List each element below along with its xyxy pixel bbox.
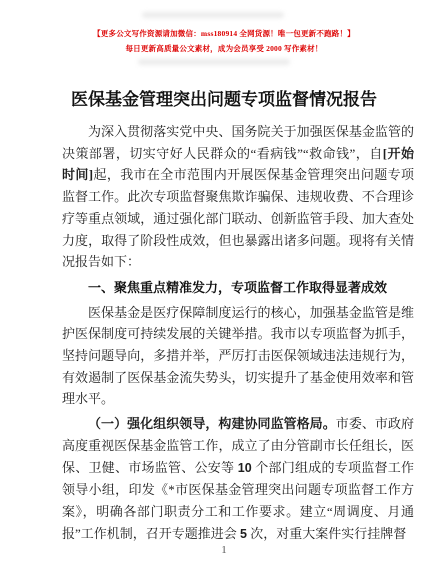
text-run: 医保基金是医疗保障制度运行的核心，加强基金监管是维护医保制度可持续发展的关键举措… — [62, 305, 414, 407]
document-page: 【更多公文写作资源请加微信：mss180914 全网货源！唯一包更新不跑路！】 … — [0, 0, 448, 580]
section-heading: 一、聚焦重点精准发力，专项监督工作取得显著成效 — [62, 277, 414, 299]
promo-line-2: 每日更新高质量公文素材，成为会员享受 2000 写作素材！ — [0, 41, 448, 56]
text-run: 起，我市在全市范围内开展医保基金管理突出问题专项监督工作。此次专项监督聚焦欺诈骗… — [62, 167, 414, 269]
document-title: 医保基金管理突出问题专项监督情况报告 — [0, 85, 448, 110]
paragraph: 为深入贯彻落实党中央、国务院关于加强医保基金监管的决策部署，切实守好人民群众的“… — [62, 121, 414, 273]
paragraph: （一）强化组织领导，构建协同监管格局。市委、市政府高度重视医保基金监管工作，成立… — [62, 413, 414, 545]
text-run: 为深入贯彻落实党中央、国务院关于加强医保基金监管的决策部署，切实守好人民群众的“… — [62, 124, 414, 161]
text-run: 5 — [240, 527, 247, 541]
text-run: 10 — [238, 461, 252, 475]
page-content: 【更多公文写作资源请加微信：mss180914 全网货源！唯一包更新不跑路！】 … — [0, 0, 448, 545]
document-body: 为深入贯彻落实党中央、国务院关于加强医保基金监管的决策部署，切实守好人民群众的“… — [62, 121, 414, 545]
paragraph: 医保基金是医疗保障制度运行的核心，加强基金监管是维护医保制度可持续发展的关键举措… — [62, 302, 414, 411]
text-run: 次，对重大案件实行挂牌督 — [247, 526, 406, 541]
promo-header: 【更多公文写作资源请加微信：mss180914 全网货源！唯一包更新不跑路！】 … — [0, 26, 448, 56]
promo-line-1: 【更多公文写作资源请加微信：mss180914 全网货源！唯一包更新不跑路！】 — [0, 26, 448, 41]
text-run: 一、聚焦重点精准发力，专项监督工作取得显著成效 — [88, 280, 387, 295]
text-run: （一）强化组织领导，构建协同监管格局。 — [88, 416, 336, 431]
page-number: 1 — [0, 544, 448, 556]
